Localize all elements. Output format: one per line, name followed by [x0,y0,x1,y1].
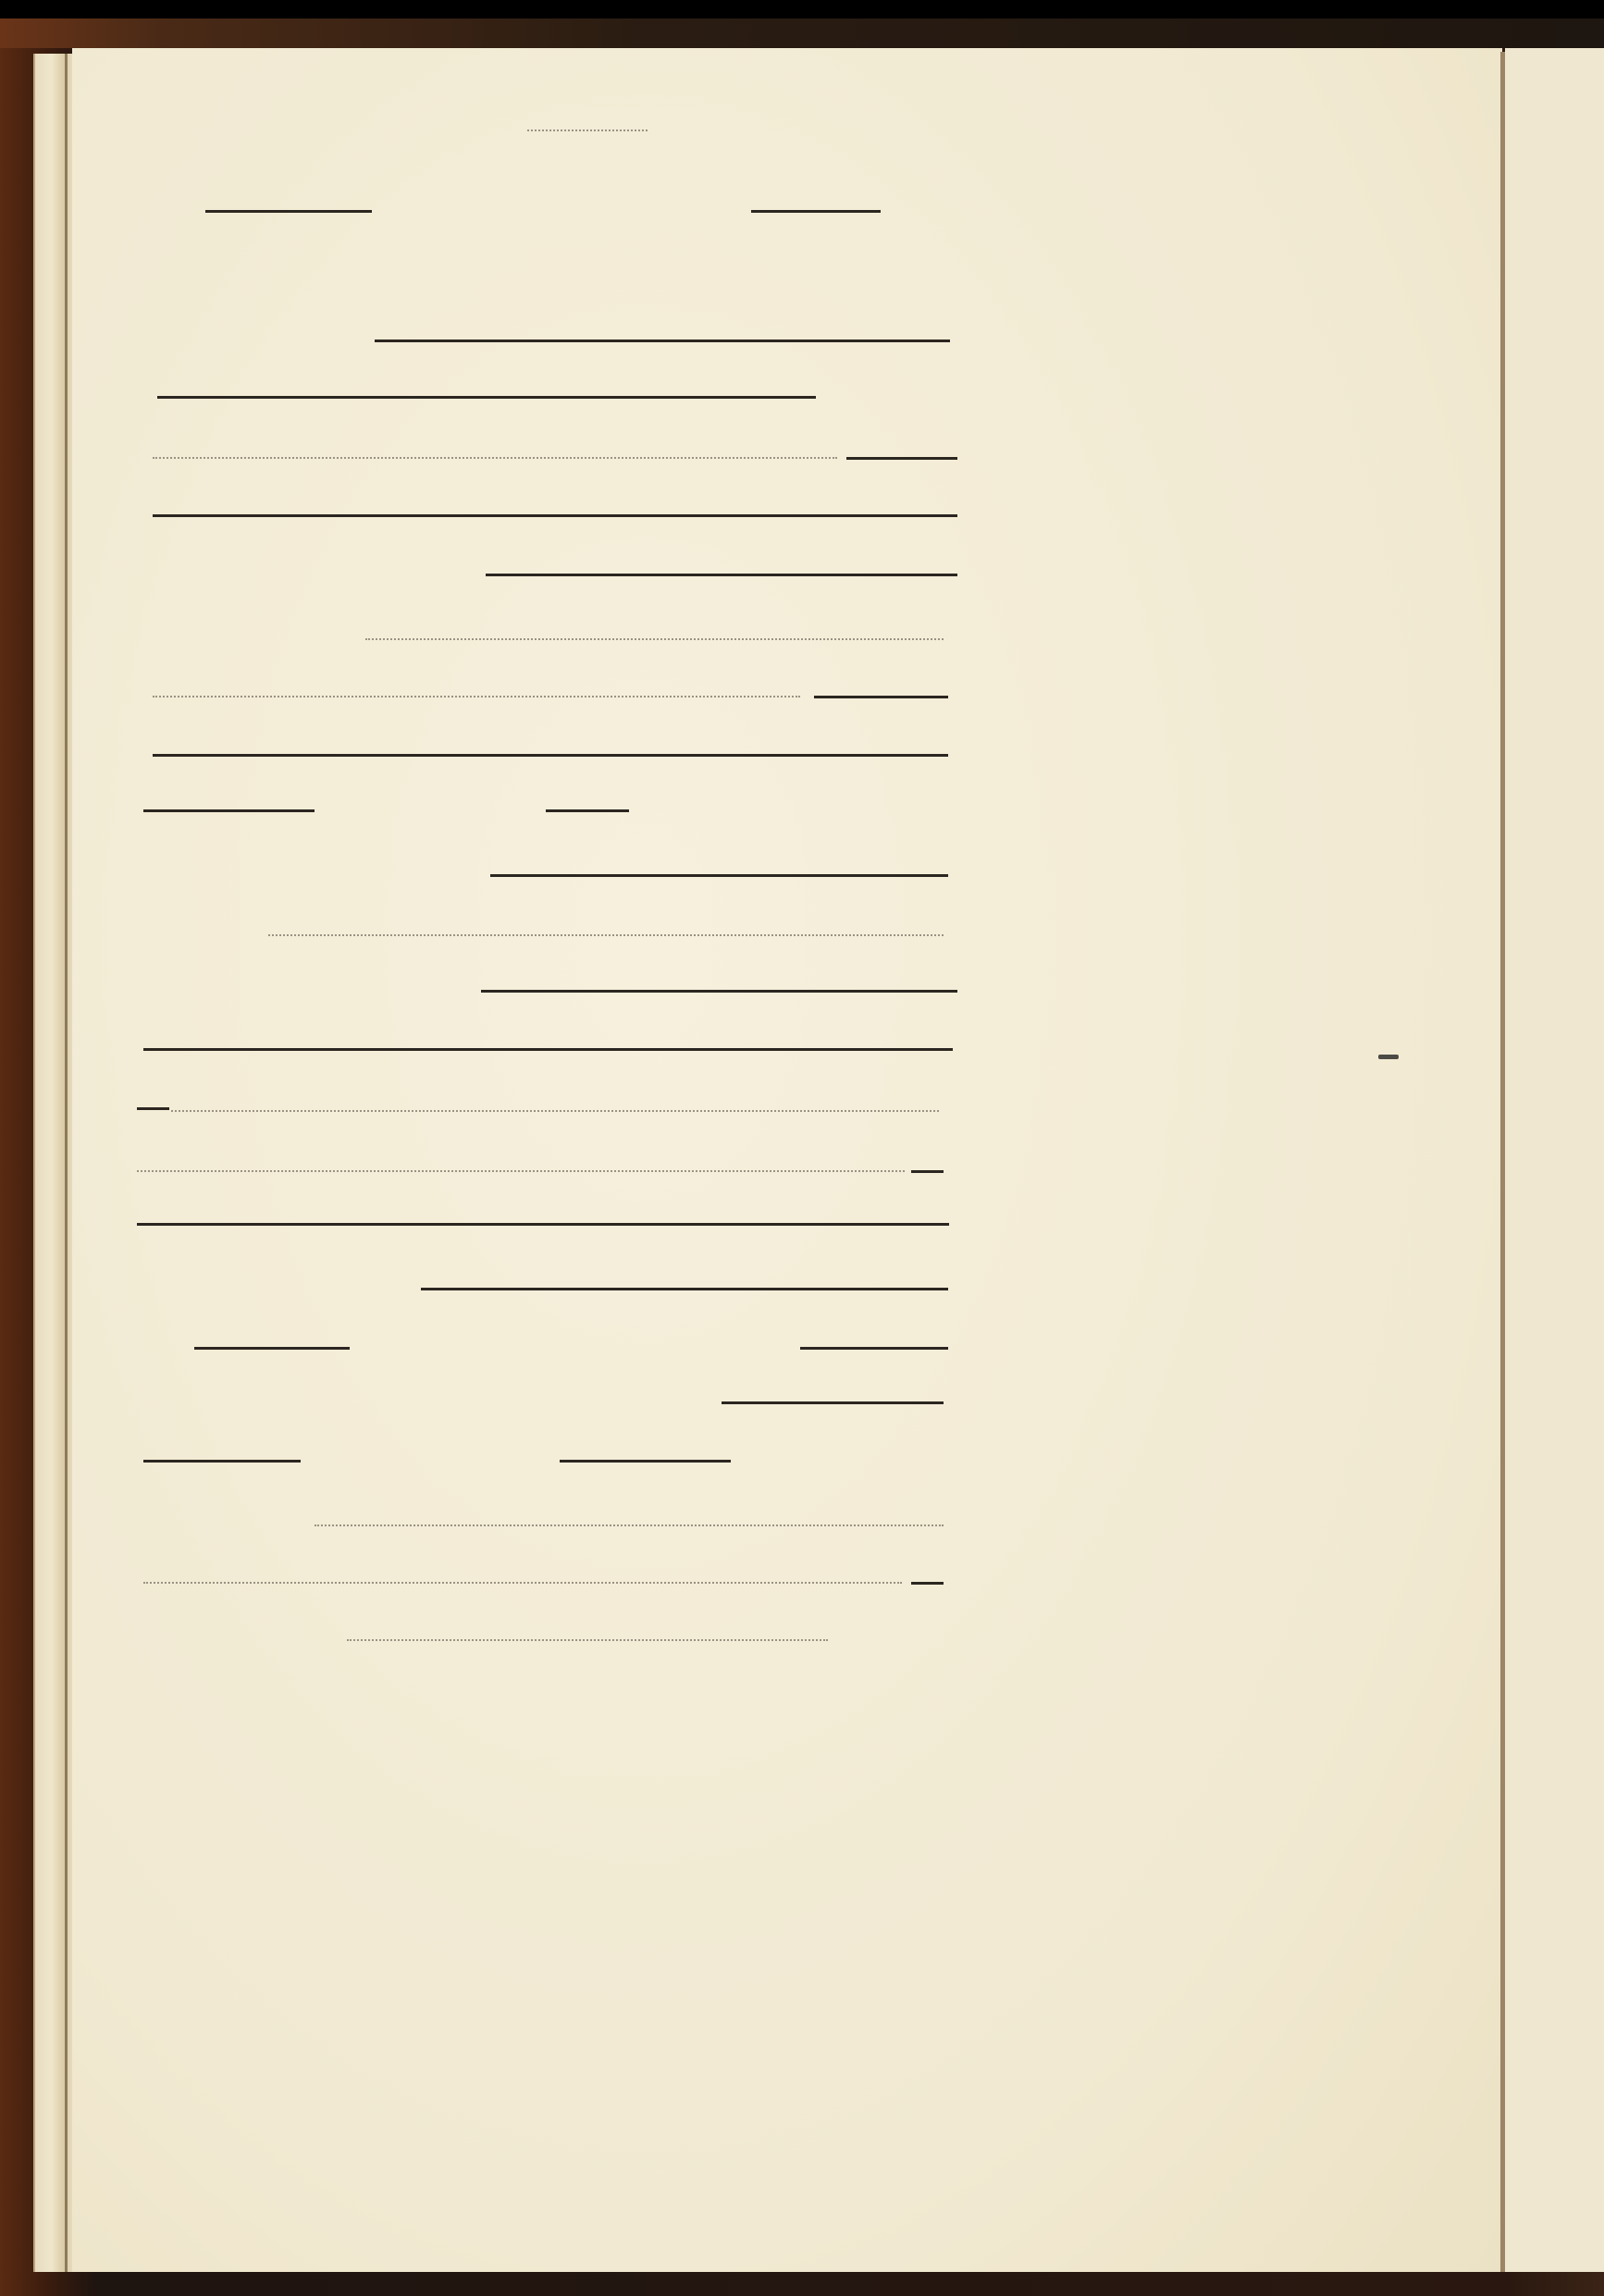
rule [143,1048,953,1051]
dotted-line [365,638,944,640]
rule [157,396,816,399]
dotted-line [143,1582,902,1584]
document-page [72,48,1502,2272]
facing-page [1505,48,1604,2272]
rule [846,457,957,460]
book-binding-top [0,19,1604,48]
rule [911,1170,944,1173]
margin-mark [1378,1055,1399,1059]
dotted-line [268,934,944,936]
dotted-line [137,1170,905,1172]
rule [722,1401,944,1404]
rule [194,1347,350,1350]
page-stack-line [65,54,68,2272]
rule [137,1107,169,1110]
dotted-line [153,457,837,459]
rule [814,696,948,698]
rule [143,1460,301,1463]
rule [153,754,948,757]
dotted-line [347,1639,828,1641]
rule [486,574,957,576]
dotted-line [527,130,648,131]
rule [490,874,948,877]
page-stack-edge [33,54,76,2272]
rule [375,339,950,342]
rule [421,1288,948,1290]
rule [153,514,957,517]
rule [751,210,881,213]
rule [560,1460,731,1463]
dotted-line [171,1110,939,1112]
rule [143,809,315,812]
rule [205,210,372,213]
window-title-bar [0,0,1604,19]
rule [137,1223,949,1226]
dotted-line [153,696,800,697]
dotted-line [315,1524,944,1526]
rule [481,990,957,993]
rule [546,809,629,812]
rule [911,1582,944,1585]
rule [800,1347,948,1350]
